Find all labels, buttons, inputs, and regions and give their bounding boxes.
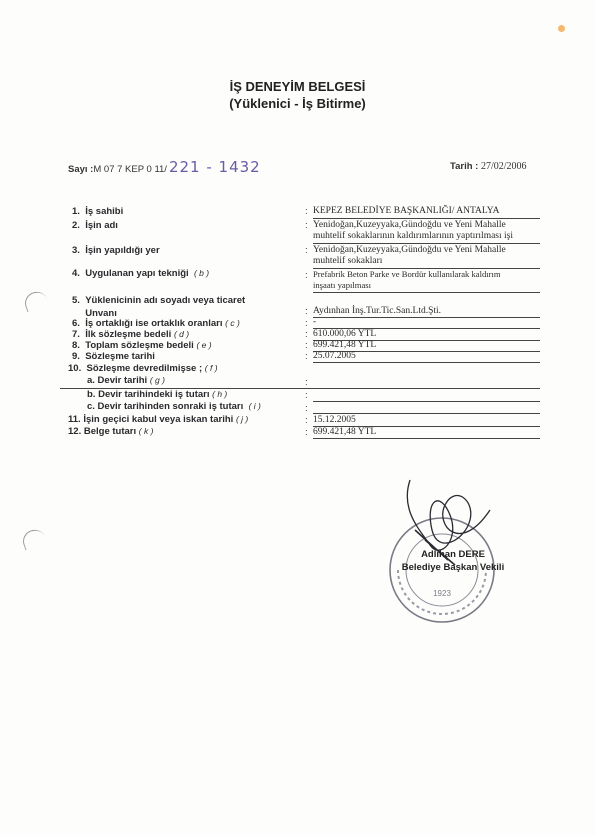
- underline: [313, 401, 540, 402]
- field-value-toplam-sozlesme-bedeli: 699.421,48 YTL: [313, 340, 540, 351]
- field-value-gecici-kabul-tarihi: 15.12.2005: [313, 415, 540, 426]
- field-label-devir-sonraki-is-tutari: c. Devir tarihinden sonraki iş tutarı ( …: [87, 401, 261, 412]
- reference-number: Sayı :M 07 7 KEP 0 11/221 - 1432: [68, 158, 261, 176]
- field-label-devir-tarihindeki-is-tutari: b. Devir tarihindeki iş tutarı ( h ): [87, 389, 227, 400]
- field-label-ilk-sozlesme-bedeli: 7. İlk sözleşme bedeli ( d ): [72, 329, 189, 340]
- document-date: Tarih : 27/02/2006: [450, 161, 527, 172]
- field-label-devir-tarihi: a. Devir tarihi ( g ): [87, 375, 165, 386]
- colon: :: [305, 318, 308, 329]
- field-value-sozlesme-tarihi: 25.07.2005: [313, 351, 540, 362]
- punch-hole-mark: [20, 527, 47, 551]
- punch-hole-mark: [22, 289, 49, 313]
- tarih-label: Tarih :: [450, 161, 478, 172]
- field-label-sozlesme-tarihi: 9. Sözleşme tarihi: [72, 351, 155, 362]
- field-label-toplam-sozlesme-bedeli: 8. Toplam sözleşme bedeli ( e ): [72, 340, 212, 351]
- colon: :: [305, 306, 308, 317]
- underline: [313, 438, 540, 439]
- document-title: İŞ DENEYİM BELGESİ: [0, 78, 595, 95]
- signer-name: Adlıhan DERE: [378, 548, 528, 561]
- field-value-ilk-sozlesme-bedeli: 610.000,06 YTL: [313, 329, 540, 340]
- colon: :: [305, 415, 308, 426]
- underline: [313, 362, 540, 363]
- field-value-belge-tutari: 699.421,48 YTL: [313, 427, 540, 438]
- field-value-yuklenici: Aydınhan İnş.Tur.Tic.San.Ltd.Şti.: [313, 306, 540, 317]
- field-label-sozlesme-devredilmisse: 10. Sözleşme devredilmişse ; ( f ): [68, 363, 218, 374]
- underline: [313, 413, 540, 414]
- svg-text:1923: 1923: [433, 589, 451, 598]
- colon: :: [305, 340, 308, 351]
- tarih-value: 27/02/2006: [481, 161, 527, 172]
- colon: :: [305, 377, 308, 388]
- field-value-is-ortakligi: -: [313, 317, 540, 328]
- field-label-is-sahibi: 1. İş sahibi: [72, 206, 123, 217]
- sayi-label: Sayı :: [68, 164, 93, 175]
- underline: [313, 218, 540, 219]
- paper-stain: [558, 25, 565, 32]
- colon: :: [305, 245, 308, 256]
- colon: :: [305, 390, 308, 401]
- sayi-handwritten: 221 - 1432: [169, 158, 261, 176]
- document-subtitle: (Yüklenici - İş Bitirme): [0, 96, 595, 111]
- signer-block: Adlıhan DERE Belediye Başkan Vekili: [378, 548, 528, 574]
- sayi-number: M 07 7 KEP 0 11/: [93, 164, 167, 175]
- field-value-isin-adi: Yenidoğan,Kuzeyyaka,Gündoğdu ve Yeni Mah…: [313, 220, 540, 242]
- underline: [313, 243, 540, 244]
- field-label-yapi-teknigi: 4. Uygulanan yapı tekniği ( b ): [72, 268, 209, 279]
- field-label-yuklenici: 5. Yüklenicinin adı soyadı veya ticaret …: [72, 294, 245, 320]
- field-label-isin-adi: 2. İşin adı: [72, 220, 118, 231]
- field-label-isin-yapildigi-yer: 3. İşin yapıldığı yer: [72, 245, 160, 256]
- field-value-yapi-teknigi: Prefabrik Beton Parke ve Bordür kullanıl…: [313, 269, 540, 291]
- colon: :: [305, 427, 308, 438]
- signer-title: Belediye Başkan Vekili: [378, 561, 528, 574]
- field-value-is-sahibi: KEPEZ BELEDİYE BAŞKANLIĞI/ ANTALYA: [313, 206, 540, 217]
- field-value-isin-yapildigi-yer: Yenidoğan,Kuzeyyaka,Gündoğdu ve Yeni Mah…: [313, 245, 540, 267]
- colon: :: [305, 403, 308, 414]
- underline: [313, 292, 540, 293]
- colon: :: [305, 206, 308, 217]
- field-label-is-ortakligi: 6. İş ortaklığı ise ortaklık oranları ( …: [72, 318, 240, 329]
- colon: :: [305, 329, 308, 340]
- field-label-belge-tutari: 12. Belge tutarı ( k ): [68, 426, 153, 437]
- colon: :: [305, 270, 308, 281]
- field-label-gecici-kabul-tarihi: 11. İşin geçici kabul veya iskan tarihi …: [68, 414, 248, 425]
- colon: :: [305, 220, 308, 231]
- colon: :: [305, 351, 308, 362]
